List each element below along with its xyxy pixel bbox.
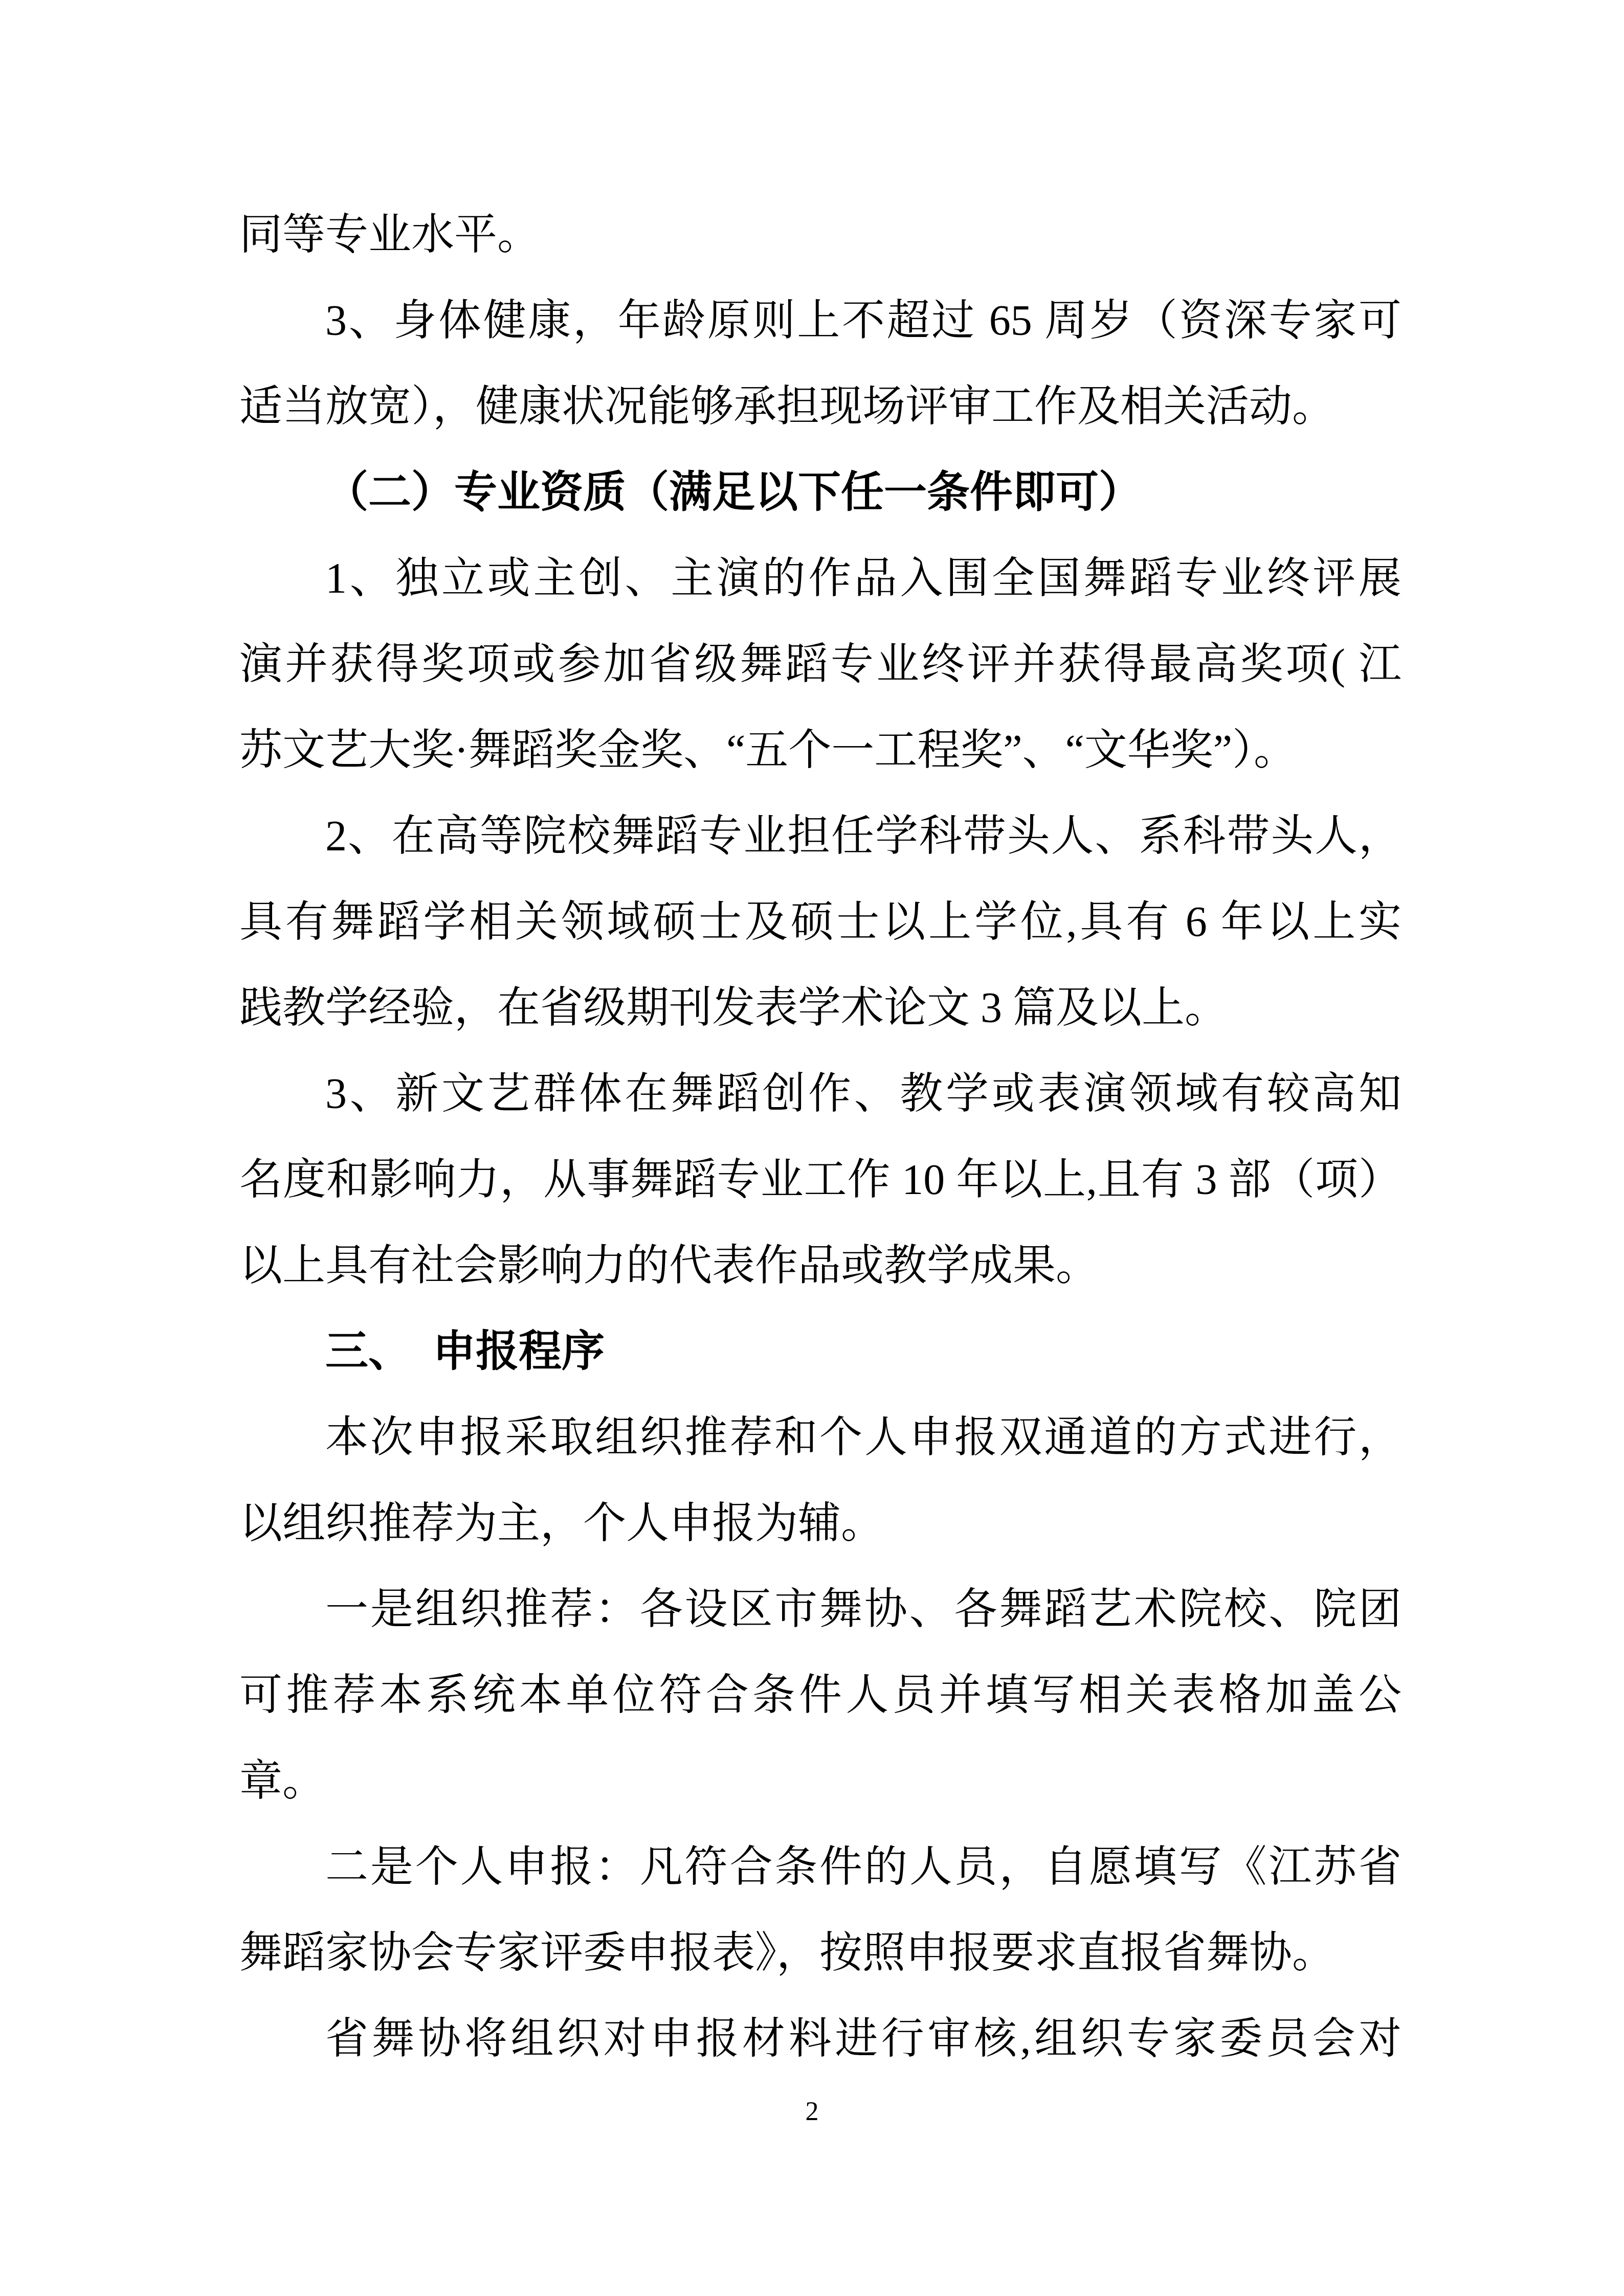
doc-line: 本次申报采取组织推荐和个人申报双通道的方式进行， [239, 1395, 1401, 1481]
document-page: 同等专业水平。 3、身体健康，年龄原则上不超过 65 周岁（资深专家可 适当放宽… [0, 0, 1624, 2296]
doc-line: 名度和影响力，从事舞蹈专业工作 10 年以上,且有 3 部（项） [239, 1137, 1401, 1223]
doc-line: 可推荐本系统本单位符合条件人员并填写相关表格加盖公 [239, 1653, 1401, 1739]
doc-line: 具有舞蹈学相关领域硕士及硕士以上学位,具有 6 年以上实 [239, 880, 1401, 965]
section-heading: （二）专业资质（满足以下任一条件即可） [239, 450, 1401, 536]
doc-line: 舞蹈家协会专家评委申报表》，按照申报要求直报省舞协。 [239, 1910, 1401, 1996]
doc-line: 3、身体健康，年龄原则上不超过 65 周岁（资深专家可 [239, 278, 1401, 364]
doc-line: 省舞协将组织对申报材料进行审核,组织专家委员会对 [239, 1996, 1401, 2082]
page-number: 2 [0, 2095, 1624, 2129]
doc-line: 践教学经验，在省级期刊发表学术论文 3 篇及以上。 [239, 965, 1401, 1051]
doc-line: 以组织推荐为主，个人申报为辅。 [239, 1481, 1401, 1567]
doc-line: 3、新文艺群体在舞蹈创作、教学或表演领域有较高知 [239, 1051, 1401, 1137]
doc-line: 二是个人申报：凡符合条件的人员，自愿填写《江苏省 [239, 1825, 1401, 1910]
doc-line: 适当放宽），健康状况能够承担现场评审工作及相关活动。 [239, 364, 1401, 450]
doc-line: 苏文艺大奖·舞蹈奖金奖、“五个一工程奖”、“文华奖”）。 [239, 708, 1401, 794]
doc-line: 一是组织推荐：各设区市舞协、各舞蹈艺术院校、院团 [239, 1567, 1401, 1653]
doc-line: 1、独立或主创、主演的作品入围全国舞蹈专业终评展 [239, 536, 1401, 622]
doc-line: 以上具有社会影响力的代表作品或教学成果。 [239, 1223, 1401, 1309]
doc-line: 2、在高等院校舞蹈专业担任学科带头人、系科带头人， [239, 794, 1401, 880]
doc-line: 演并获得奖项或参加省级舞蹈专业终评并获得最高奖项( 江 [239, 622, 1401, 708]
text-block: 同等专业水平。 3、身体健康，年龄原则上不超过 65 周岁（资深专家可 适当放宽… [239, 192, 1401, 2082]
section-heading: 三、 申报程序 [239, 1309, 1401, 1395]
doc-line: 同等专业水平。 [239, 192, 1401, 278]
doc-line: 章。 [239, 1739, 1401, 1825]
